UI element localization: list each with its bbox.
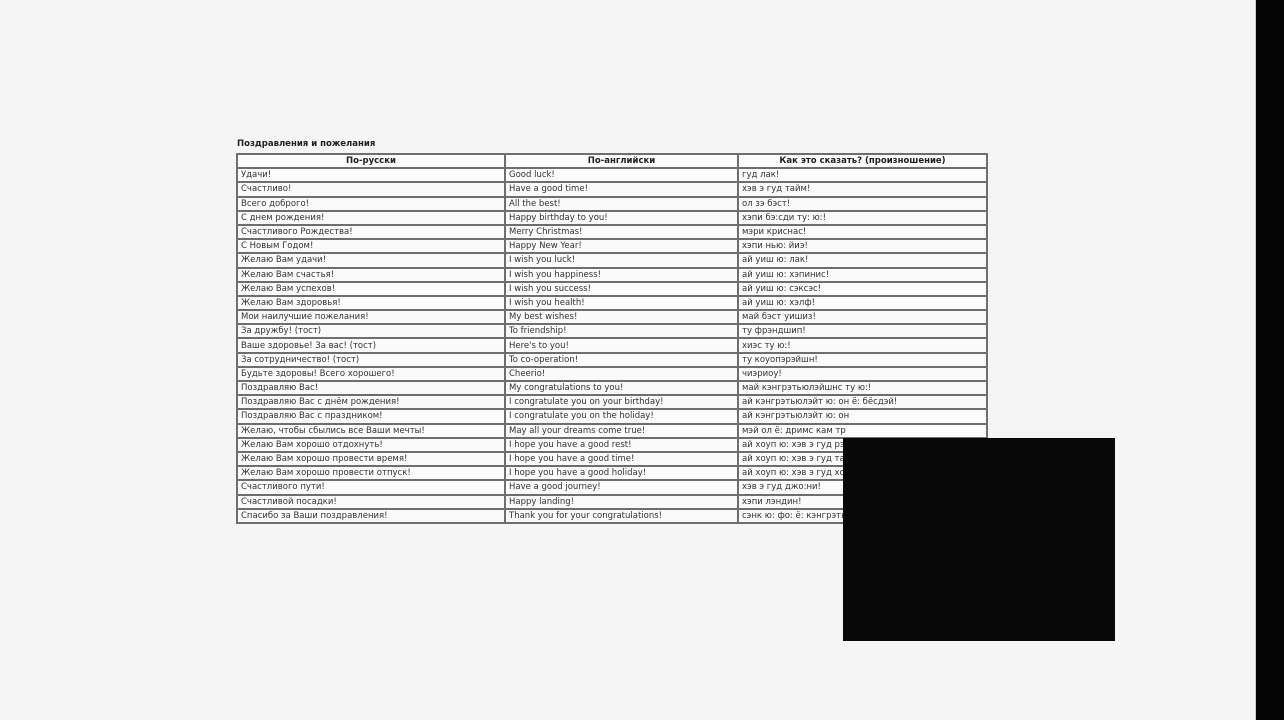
table-row: Поздравляю Вас с праздником!I congratula… — [237, 409, 987, 423]
cell-english: Have a good time! — [505, 182, 738, 196]
cell-pronunciation: хиэс ту ю:! — [738, 338, 987, 352]
table-row: Желаю Вам успехов!I wish you success!ай … — [237, 282, 987, 296]
cell-pronunciation: ай уиш ю: хэпинис! — [738, 268, 987, 282]
table-row: Мои наилучшие пожелания!My best wishes!м… — [237, 310, 987, 324]
table-row: За сотрудничество! (тост)To co-operation… — [237, 353, 987, 367]
table-row: За дружбу! (тост)To friendship!ту фрэндш… — [237, 324, 987, 338]
cell-pronunciation: хэпи бэ:сди ту: ю:! — [738, 211, 987, 225]
cell-english: I wish you luck! — [505, 253, 738, 267]
cell-english: My congratulations to you! — [505, 381, 738, 395]
cell-pronunciation: хэпи нью: йиэ! — [738, 239, 987, 253]
column-header-english: По-английски — [505, 154, 738, 168]
cell-russian: Поздравляю Вас с праздником! — [237, 409, 505, 423]
cell-pronunciation: ай кэнгрэтьюлэйт ю: он — [738, 409, 987, 423]
cell-english: Have a good journey! — [505, 480, 738, 494]
cell-russian: Будьте здоровы! Всего хорошего! — [237, 367, 505, 381]
cell-english: My best wishes! — [505, 310, 738, 324]
cell-russian: Удачи! — [237, 168, 505, 182]
cell-english: All the best! — [505, 197, 738, 211]
column-header-russian: По-русски — [237, 154, 505, 168]
cell-russian: За дружбу! (тост) — [237, 324, 505, 338]
table-row: Всего доброго!All the best!ол зэ бэст! — [237, 197, 987, 211]
cell-russian: Счастливо! — [237, 182, 505, 196]
cell-english: I wish you success! — [505, 282, 738, 296]
cell-english: I hope you have a good holiday! — [505, 466, 738, 480]
cell-english: May all your dreams come true! — [505, 424, 738, 438]
cell-russian: Желаю Вам счастья! — [237, 268, 505, 282]
cell-pronunciation: ту фрэндшип! — [738, 324, 987, 338]
cell-pronunciation: чиэриоу! — [738, 367, 987, 381]
cell-russian: Всего доброго! — [237, 197, 505, 211]
cell-pronunciation: май кэнгрэтьюлэйшнс ту ю:! — [738, 381, 987, 395]
cell-russian: С днем рождения! — [237, 211, 505, 225]
cell-english: Happy New Year! — [505, 239, 738, 253]
cell-english: I hope you have a good time! — [505, 452, 738, 466]
cell-english: Thank you for your congratulations! — [505, 509, 738, 523]
table-row: Ваше здоровье! За вас! (тост)Here's to y… — [237, 338, 987, 352]
cell-pronunciation: ай кэнгрэтьюлэйт ю: он ё: бёсдэй! — [738, 395, 987, 409]
cell-english: Merry Christmas! — [505, 225, 738, 239]
table-row: Будьте здоровы! Всего хорошего!Cheerio!ч… — [237, 367, 987, 381]
cell-russian: Счастливого пути! — [237, 480, 505, 494]
cell-russian: Поздравляю Вас! — [237, 381, 505, 395]
table-row: Поздравляю Вас!My congratulations to you… — [237, 381, 987, 395]
cell-russian: Счастливой посадки! — [237, 495, 505, 509]
table-row: Желаю Вам счастья!I wish you happiness!а… — [237, 268, 987, 282]
cell-english: Happy landing! — [505, 495, 738, 509]
document-title: Поздравления и пожелания — [237, 139, 375, 149]
cell-pronunciation: хэв э гуд тайм! — [738, 182, 987, 196]
cell-pronunciation: ол зэ бэст! — [738, 197, 987, 211]
cell-english: I wish you health! — [505, 296, 738, 310]
cell-russian: Желаю, чтобы сбылись все Ваши мечты! — [237, 424, 505, 438]
cell-english: Cheerio! — [505, 367, 738, 381]
cell-pronunciation: гуд лак! — [738, 168, 987, 182]
cell-russian: Желаю Вам успехов! — [237, 282, 505, 296]
cell-russian: Желаю Вам здоровья! — [237, 296, 505, 310]
cell-russian: Желаю Вам хорошо провести время! — [237, 452, 505, 466]
cell-pronunciation: мэй ол ё: дримс кам тр — [738, 424, 987, 438]
cell-russian: Счастливого Рождества! — [237, 225, 505, 239]
table-row: Счастливо!Have a good time!хэв э гуд тай… — [237, 182, 987, 196]
cell-russian: Желаю Вам хорошо отдохнуть! — [237, 438, 505, 452]
cell-english: I congratulate you on your birthday! — [505, 395, 738, 409]
table-row: Желаю Вам удачи!I wish you luck!ай уиш ю… — [237, 253, 987, 267]
table-row: Удачи!Good luck!гуд лак! — [237, 168, 987, 182]
cell-english: To co-operation! — [505, 353, 738, 367]
cell-russian: Мои наилучшие пожелания! — [237, 310, 505, 324]
cell-english: Good luck! — [505, 168, 738, 182]
cell-pronunciation: ай уиш ю: хэлф! — [738, 296, 987, 310]
table-row: Желаю, чтобы сбылись все Ваши мечты!May … — [237, 424, 987, 438]
column-header-pronunciation: Как это сказать? (произношение) — [738, 154, 987, 168]
table-row: С Новым Годом!Happy New Year!хэпи нью: й… — [237, 239, 987, 253]
cell-russian: Поздравляю Вас с днём рождения! — [237, 395, 505, 409]
cell-english: I wish you happiness! — [505, 268, 738, 282]
cell-english: Happy birthday to you! — [505, 211, 738, 225]
cell-pronunciation: ту коуопэрэйшн! — [738, 353, 987, 367]
cell-russian: Желаю Вам удачи! — [237, 253, 505, 267]
cell-russian: Спасибо за Ваши поздравления! — [237, 509, 505, 523]
cell-russian: За сотрудничество! (тост) — [237, 353, 505, 367]
table-row: Желаю Вам здоровья!I wish you health!ай … — [237, 296, 987, 310]
cell-english: Here's to you! — [505, 338, 738, 352]
table-row: Поздравляю Вас с днём рождения!I congrat… — [237, 395, 987, 409]
cell-russian: С Новым Годом! — [237, 239, 505, 253]
cell-english: I hope you have a good rest! — [505, 438, 738, 452]
cell-pronunciation: май бэст уишиз! — [738, 310, 987, 324]
table-row: С днем рождения!Happy birthday to you!хэ… — [237, 211, 987, 225]
cell-russian: Ваше здоровье! За вас! (тост) — [237, 338, 505, 352]
table-header-row: По-русски По-английски Как это сказать? … — [237, 154, 987, 168]
cell-pronunciation: ай уиш ю: сэксэс! — [738, 282, 987, 296]
cell-pronunciation: мэри криснас! — [738, 225, 987, 239]
cell-pronunciation: ай уиш ю: лак! — [738, 253, 987, 267]
cell-russian: Желаю Вам хорошо провести отпуск! — [237, 466, 505, 480]
cell-english: I congratulate you on the holiday! — [505, 409, 738, 423]
table-row: Счастливого Рождества!Merry Christmas!мэ… — [237, 225, 987, 239]
cell-english: To friendship! — [505, 324, 738, 338]
redaction-box — [843, 438, 1115, 641]
right-edge-bar — [1255, 0, 1284, 720]
